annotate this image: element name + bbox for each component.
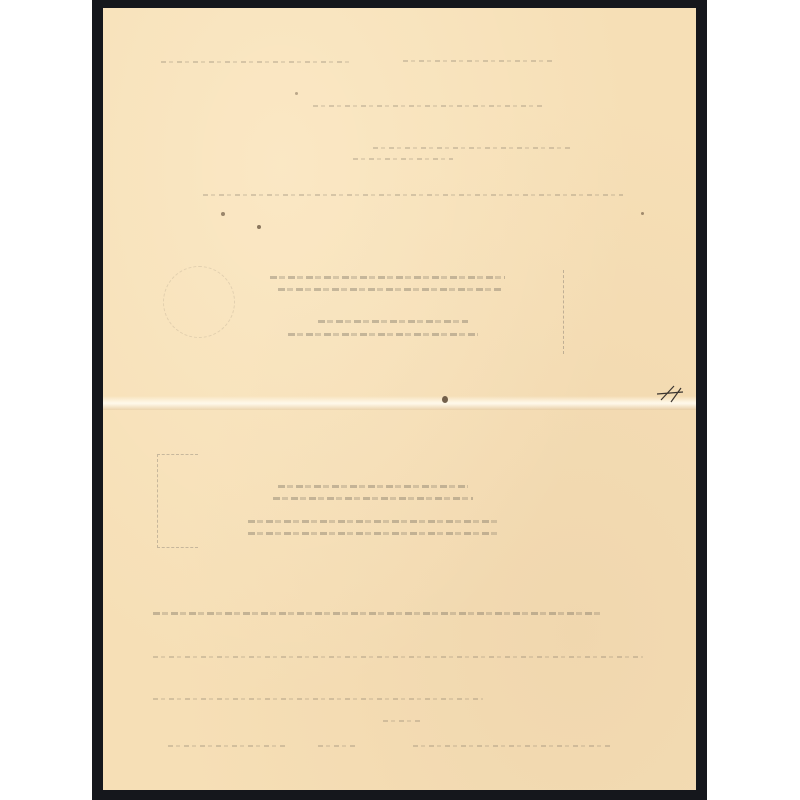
faint-text-line: [153, 698, 483, 700]
foxing-spot: [641, 212, 644, 215]
fold-crease: [103, 396, 696, 410]
faint-text-line: [153, 656, 643, 658]
faint-stamp-box: [563, 270, 564, 354]
faint-address-box: [157, 454, 198, 548]
faint-text-line: [373, 147, 573, 149]
faint-heading-line: [248, 532, 498, 535]
faint-text-line: [353, 158, 453, 160]
faint-text-line: [153, 612, 603, 615]
faint-heading-line: [278, 288, 503, 291]
faint-text-line: [313, 105, 543, 107]
foxing-spot: [257, 225, 261, 229]
faint-text-line: [383, 720, 423, 722]
handwritten-h-mark: [651, 380, 691, 410]
faint-text-line: [203, 194, 623, 196]
document-paper: [103, 8, 696, 790]
faint-text-line: [413, 745, 613, 747]
faint-heading-line: [278, 485, 468, 488]
faint-stamp-circle: [163, 266, 235, 338]
faint-heading-line: [248, 520, 498, 523]
foxing-spot: [221, 212, 225, 216]
faint-heading-line: [318, 320, 468, 323]
faint-text-line: [161, 61, 351, 63]
faint-text-line: [403, 60, 553, 62]
faint-heading-line: [270, 276, 505, 279]
faint-text-line: [168, 745, 288, 747]
foxing-spot: [295, 92, 298, 95]
faint-text-line: [318, 745, 358, 747]
faint-heading-line: [288, 333, 478, 336]
faint-heading-line: [273, 497, 473, 500]
foxing-spot: [442, 396, 448, 403]
